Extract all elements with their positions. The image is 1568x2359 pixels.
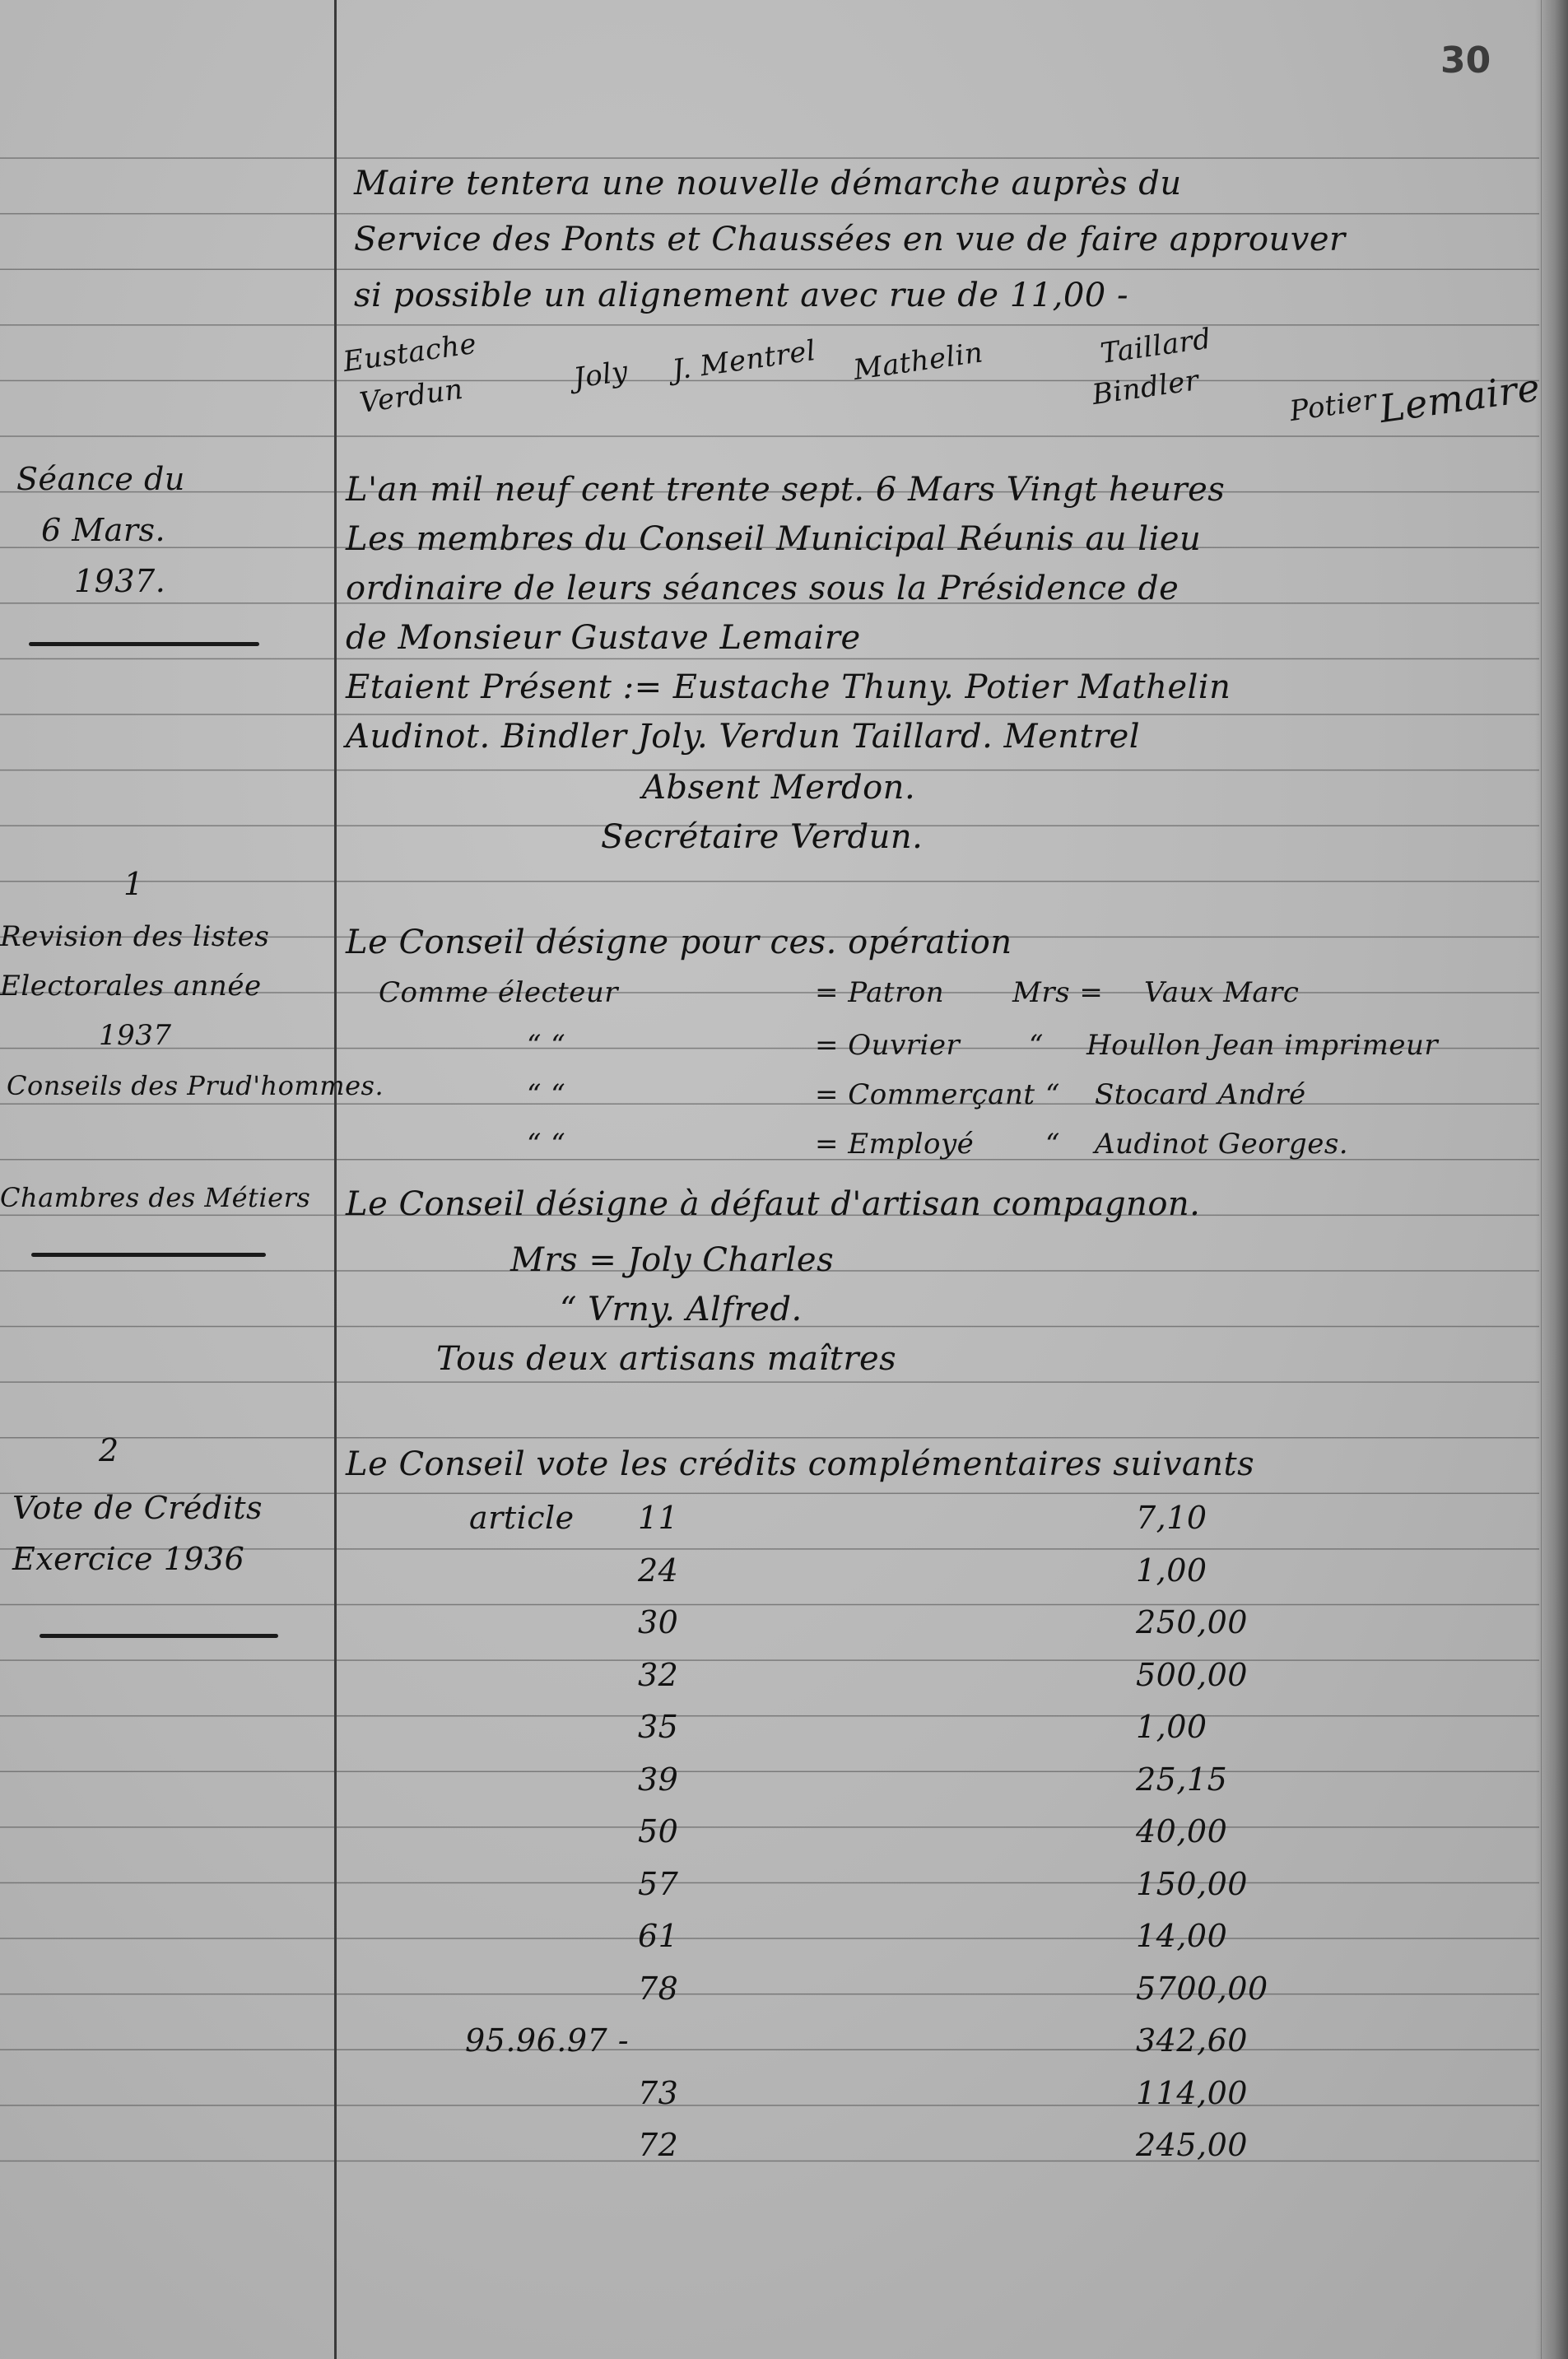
elector-title: Mrs = [1012, 976, 1103, 1009]
credit-amount: 250,00 [1136, 1604, 1248, 1640]
elector-prefix: “ “ [527, 1078, 565, 1111]
article-number: 50 [638, 1813, 678, 1850]
credit-amount: 150,00 [1136, 1866, 1248, 1902]
credit-amount: 14,00 [1136, 1918, 1227, 1954]
continuation-line: Maire tentera une nouvelle démarche aupr… [354, 165, 1182, 202]
article-number: 24 [638, 1552, 678, 1589]
elector-name: Vaux Marc [1144, 976, 1299, 1009]
right-rule [1541, 0, 1542, 2359]
margin-heading: Séance du [16, 461, 185, 497]
elector-category: = Ouvrier [815, 1029, 960, 1062]
article-label: article [469, 1500, 575, 1536]
seance-line: de Monsieur Gustave Lemaire [346, 619, 861, 657]
absent-line: Absent Merdon. [642, 769, 915, 807]
elector-name: Stocard André [1095, 1078, 1306, 1111]
credit-amount: 1,00 [1136, 1552, 1207, 1589]
register-page: 30 Maire tentera une nouvelle démarche a… [0, 0, 1568, 2359]
seance-line: ordinaire de leurs séances sous la Prési… [346, 570, 1179, 607]
section-underline [29, 642, 259, 646]
chambre-intro: Le Conseil désigne à défaut d'artisan co… [346, 1185, 1200, 1223]
item-number: 2 [99, 1432, 119, 1468]
continuation-line: Service des Ponts et Chaussées en vue de… [354, 221, 1346, 258]
article-number: 32 [638, 1657, 678, 1693]
item2-intro: Le Conseil vote les crédits complémentai… [346, 1445, 1254, 1483]
elector-title: “ [1029, 1029, 1044, 1062]
article-number: 30 [638, 1604, 678, 1640]
elector-category: = Commerçant [815, 1078, 1035, 1111]
elector-prefix: “ “ [527, 1128, 565, 1161]
credit-amount: 5700,00 [1136, 1970, 1268, 2007]
elector-category: = Employé [815, 1128, 974, 1161]
credit-amount: 40,00 [1136, 1813, 1227, 1850]
margin-heading: Vote de Crédits [12, 1490, 263, 1526]
item1-intro: Le Conseil désigne pour ces. opération [346, 924, 1012, 961]
credit-amount: 7,10 [1136, 1500, 1207, 1536]
article-number: 73 [638, 2075, 678, 2111]
credit-amount: 25,15 [1136, 1761, 1227, 1798]
credit-amount: 245,00 [1136, 2127, 1248, 2163]
elector-prefix: Comme électeur [379, 976, 618, 1009]
credit-amount: 500,00 [1136, 1657, 1248, 1693]
margin-heading: Revision des listes [0, 920, 269, 953]
margin-heading: 1937. [74, 563, 165, 599]
margin-rule [334, 0, 337, 2359]
section-underline [31, 1253, 266, 1257]
item-number: 1 [123, 866, 144, 902]
credit-amount: 114,00 [1136, 2075, 1248, 2111]
chambre-note: Tous deux artisans maîtres [436, 1340, 896, 1378]
elector-title: “ [1045, 1078, 1060, 1111]
section-underline [40, 1634, 278, 1638]
article-number: 11 [638, 1500, 678, 1536]
elector-name: Houllon Jean imprimeur [1086, 1029, 1438, 1062]
elector-title: “ [1045, 1128, 1060, 1161]
seance-line: Audinot. Bindler Joly. Verdun Taillard. … [346, 718, 1140, 756]
margin-heading: 6 Mars. [41, 512, 165, 548]
seance-line: Etaient Présent := Eustache Thuny. Potie… [346, 668, 1231, 706]
secretary-line: Secrétaire Verdun. [601, 818, 923, 856]
margin-heading: Conseils des Prud'hommes. [7, 1070, 384, 1101]
article-number: 72 [638, 2127, 678, 2163]
article-number: 35 [638, 1709, 678, 1745]
article-number: 61 [638, 1918, 678, 1954]
elector-category: = Patron [815, 976, 944, 1009]
credit-amount: 342,60 [1136, 2022, 1248, 2059]
margin-heading: Chambres des Métiers [0, 1182, 310, 1213]
article-number: 57 [638, 1866, 678, 1902]
ruled-lines [0, 135, 1539, 2209]
credit-amount: 1,00 [1136, 1709, 1207, 1745]
chambre-member: Mrs = Joly Charles [510, 1241, 834, 1279]
chambre-member: “ Vrny. Alfred. [560, 1291, 803, 1328]
article-number: 39 [638, 1761, 678, 1798]
margin-heading: 1937 [99, 1019, 172, 1052]
elector-prefix: “ “ [527, 1029, 565, 1062]
seance-line: Les membres du Conseil Municipal Réunis … [346, 520, 1201, 558]
seance-line: L'an mil neuf cent trente sept. 6 Mars V… [346, 471, 1225, 509]
margin-heading: Electorales année [0, 970, 262, 1003]
page-number: 30 [1440, 40, 1491, 81]
article-number: 78 [638, 1970, 678, 2007]
article-number: 95.96.97 - [465, 2022, 629, 2059]
elector-name: Audinot Georges. [1095, 1128, 1348, 1161]
continuation-line: si possible un alignement avec rue de 11… [354, 277, 1128, 314]
margin-heading: Exercice 1936 [12, 1541, 244, 1577]
